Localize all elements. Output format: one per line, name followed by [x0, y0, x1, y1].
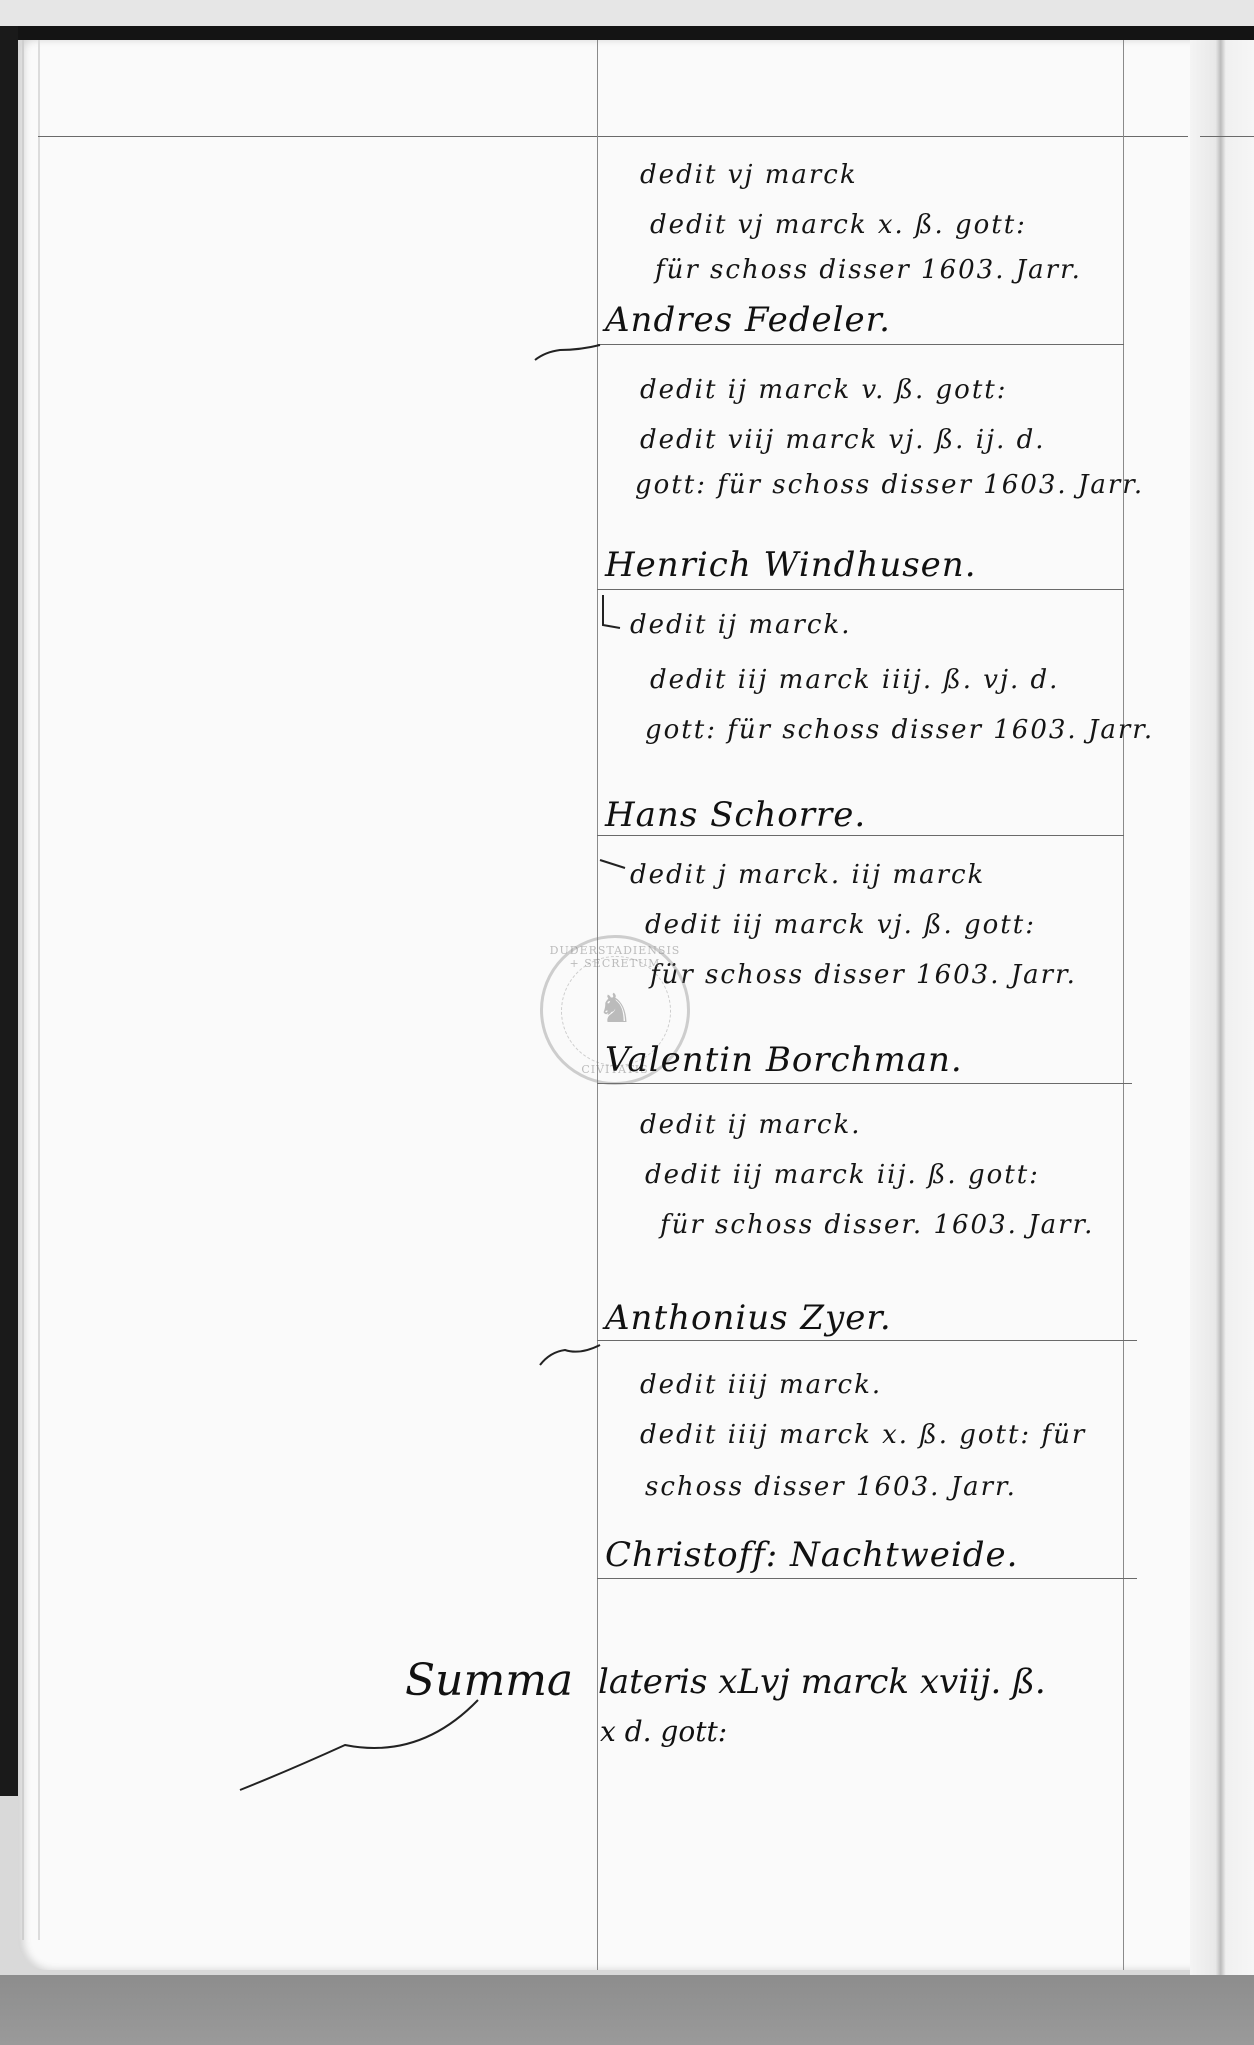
- entry-line: dedit ij marck.: [630, 610, 852, 640]
- entry-separator: [597, 1578, 1137, 1579]
- entry-line: dedit iij marck iij. ß. gott:: [645, 1160, 1040, 1190]
- summa-total: lateris xLvj marck xviij. ß.: [598, 1662, 1046, 1702]
- entry-line: gott: für schoss disser 1603. Jarr.: [635, 470, 1144, 500]
- entry-line: dedit iij marck vj. ß. gott:: [645, 910, 1036, 940]
- book-binding-top: [0, 26, 1254, 40]
- carry-over-line: für schoss disser 1603. Jarr.: [655, 255, 1082, 285]
- entry-line: dedit iij marck iiij. ß. vj. d.: [650, 665, 1059, 695]
- lion-emblem-icon: ♞: [543, 986, 687, 1032]
- entry-line: dedit iiij marck x. ß. gott: für: [640, 1420, 1086, 1450]
- entry-line: für schoss disser. 1603. Jarr.: [660, 1210, 1094, 1240]
- entry-separator: [597, 1340, 1137, 1341]
- entry-separator: [597, 589, 1124, 590]
- entry-line: dedit viij marck vj. ß. ij. d.: [640, 425, 1046, 455]
- book-gutter: [1190, 40, 1254, 1975]
- book-binding-left: [0, 26, 18, 1796]
- entry-name: Andres Fedeler.: [605, 300, 891, 340]
- entry-separator: [597, 344, 1124, 345]
- entry-name: Hans Schorre.: [605, 795, 866, 835]
- gutter-ruling-line: [1200, 136, 1254, 137]
- carry-over-line: dedit vj marck x. ß. gott:: [650, 210, 1027, 240]
- scan-background-bottom: [0, 1975, 1254, 2045]
- entry-name: Valentin Borchman.: [605, 1040, 963, 1080]
- summa-label: Summa: [405, 1655, 573, 1706]
- entry-separator: [597, 1083, 1132, 1084]
- entry-line: für schoss disser 1603. Jarr.: [650, 960, 1077, 990]
- column-rule-right: [1123, 40, 1124, 1970]
- entry-separator: [597, 835, 1124, 836]
- entry-line: dedit iiij marck.: [640, 1370, 882, 1400]
- entry-line: dedit ij marck v. ß. gott:: [640, 375, 1008, 405]
- entry-line: gott: für schoss disser 1603. Jarr.: [645, 715, 1154, 745]
- carry-over-line: dedit vj marck: [640, 160, 858, 190]
- page-edge-stack: [22, 40, 40, 1940]
- entry-name: Henrich Windhusen.: [605, 545, 977, 585]
- summa-total-continued: x d. gott:: [600, 1715, 727, 1748]
- top-ruling-line: [38, 136, 1188, 137]
- entry-line: schoss disser 1603. Jarr.: [645, 1472, 1017, 1502]
- entry-name: Anthonius Zyer.: [605, 1298, 892, 1338]
- entry-name: Christoff: Nachtweide.: [605, 1535, 1018, 1575]
- entry-line: dedit j marck. iij marck: [630, 860, 985, 890]
- stamp-text-top: DUDERSTADIENSIS + SECRETUM: [543, 944, 687, 970]
- entry-line: dedit ij marck.: [640, 1110, 862, 1140]
